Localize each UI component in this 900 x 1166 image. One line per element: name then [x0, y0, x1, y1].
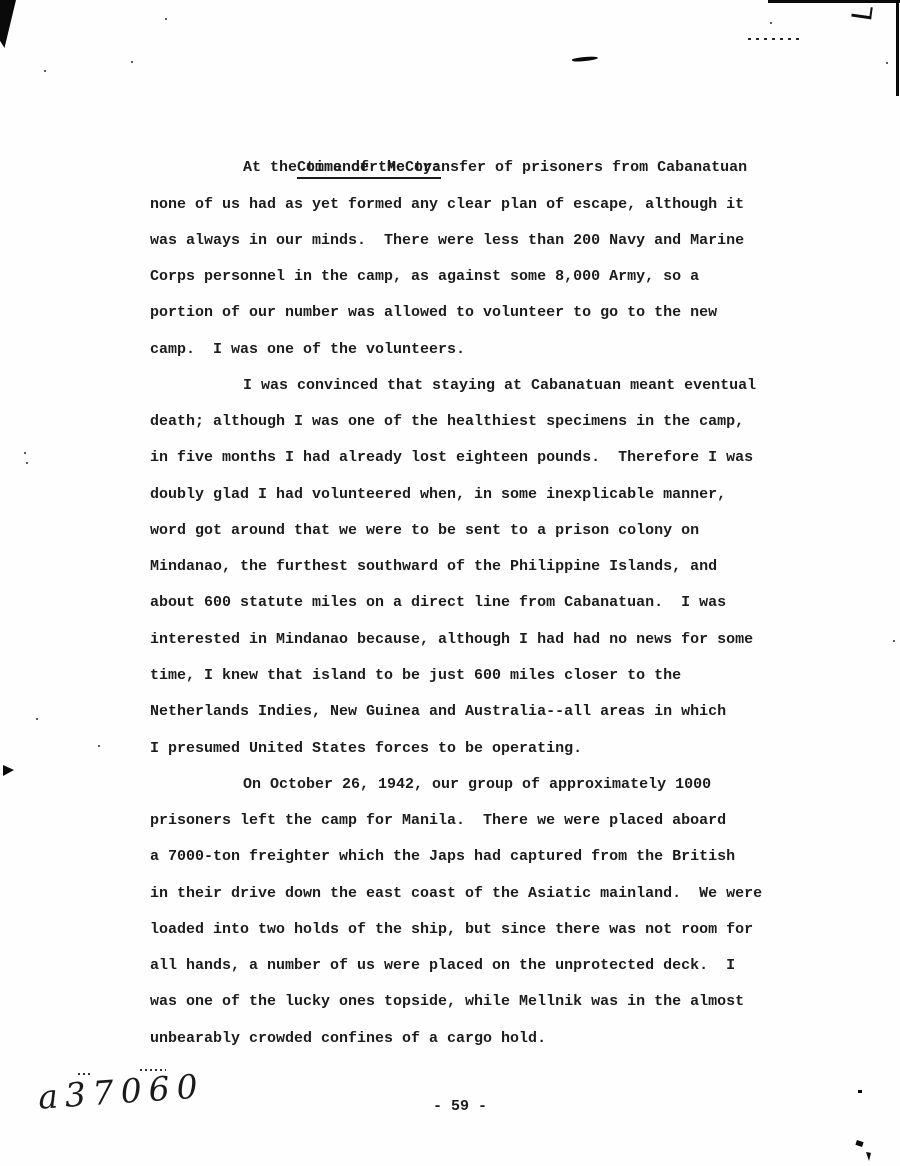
text-line: word got around that we were to be sent …	[150, 513, 870, 549]
scan-artifact-corner-fold-icon	[0, 0, 16, 48]
text-line: about 600 statute miles on a direct line…	[150, 585, 870, 621]
scan-artifact-dashes	[748, 38, 804, 40]
scan-artifact-speck	[855, 1140, 863, 1147]
text-line: prisoners left the camp for Manila. Ther…	[150, 803, 870, 839]
paper-speck	[893, 640, 895, 642]
text-line: Corps personnel in the camp, as against …	[150, 259, 870, 295]
document-heading: Commander McCoy:	[150, 114, 870, 150]
text-line: was always in our minds. There were less…	[150, 223, 870, 259]
page-number: - 59 -	[150, 1092, 770, 1122]
paper-speck	[44, 70, 46, 72]
scan-artifact-scribble	[851, 5, 872, 20]
scan-artifact-speck	[866, 1152, 871, 1161]
text-line: all hands, a number of us were placed on…	[150, 948, 870, 984]
text-line: Netherlands Indies, New Guinea and Austr…	[150, 694, 870, 730]
text-line: I presumed United States forces to be op…	[150, 731, 870, 767]
text-line: in five months I had already lost eighte…	[150, 440, 870, 476]
scan-artifact-top-edge-line	[768, 0, 900, 3]
paper-speck	[36, 718, 38, 720]
document-body: At the time of the transfer of prisoners…	[150, 150, 870, 1057]
paper-speck	[770, 22, 772, 24]
text-line: in their drive down the east coast of th…	[150, 876, 870, 912]
scan-artifact-squiggle	[572, 56, 598, 63]
text-line: loaded into two holds of the ship, but s…	[150, 912, 870, 948]
text-line: I was convinced that staying at Cabanatu…	[150, 368, 870, 404]
scanned-document-page: Commander McCoy: At the time of the tran…	[0, 0, 900, 1166]
text-line: a 7000-ton freighter which the Japs had …	[150, 839, 870, 875]
paper-speck	[886, 62, 888, 64]
text-line: camp. I was one of the volunteers.	[150, 332, 870, 368]
text-line: death; although I was one of the healthi…	[150, 404, 870, 440]
paper-speck	[98, 745, 100, 747]
text-line: interested in Mindanao because, although…	[150, 622, 870, 658]
paper-speck	[24, 452, 26, 454]
text-line: was one of the lucky ones topside, while…	[150, 984, 870, 1020]
paper-speck	[26, 462, 28, 464]
text-line: At the time of the transfer of prisoners…	[150, 150, 870, 186]
text-line: Mindanao, the furthest southward of the …	[150, 549, 870, 585]
paper-speck	[131, 61, 133, 63]
text-line: unbearably crowded confines of a cargo h…	[150, 1021, 870, 1057]
text-line: portion of our number was allowed to vol…	[150, 295, 870, 331]
text-line: none of us had as yet formed any clear p…	[150, 187, 870, 223]
scan-artifact-right-edge-line	[896, 0, 899, 96]
text-line: doubly glad I had volunteered when, in s…	[150, 477, 870, 513]
scan-artifact-speck	[858, 1090, 862, 1093]
scan-artifact-left-margin-mark	[3, 765, 14, 776]
text-line: time, I knew that island to be just 600 …	[150, 658, 870, 694]
paper-speck	[165, 18, 167, 20]
text-line: On October 26, 1942, our group of approx…	[150, 767, 870, 803]
document-text-block: Commander McCoy: At the time of the tran…	[150, 114, 870, 1057]
